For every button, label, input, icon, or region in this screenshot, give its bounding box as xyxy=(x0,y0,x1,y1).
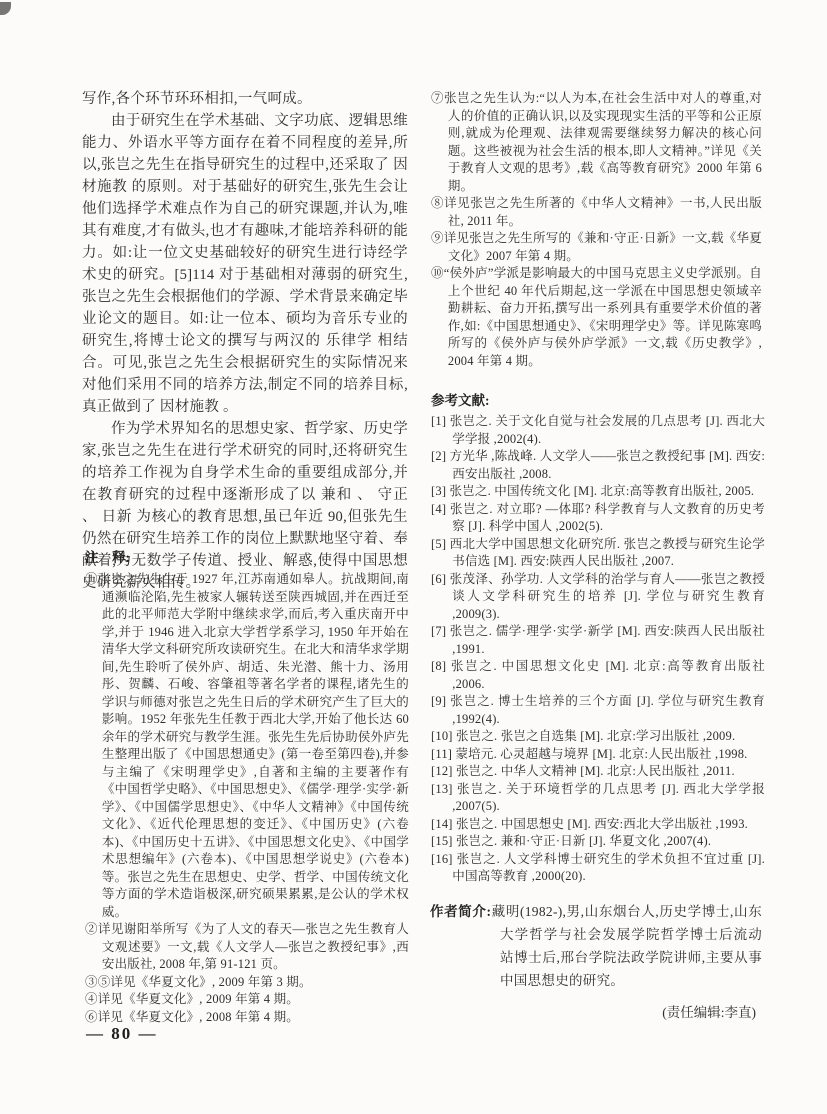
reference-item: [11] 蒙培元. 心灵超越与境界 [M]. 北京:人民出版社 ,1998. xyxy=(431,746,765,764)
scan-edge-artifact xyxy=(0,2,11,15)
scanned-page: 写作,各个环节环环相扣,一气呵成。 由于研究生在学术基础、文字功底、逻辑思维能力… xyxy=(0,0,827,1114)
reference-item: [3] 张岂之. 中国传统文化 [M]. 北京:高等教育出版社, 2005. xyxy=(431,483,765,501)
reference-item: [9] 张岂之. 博士生培养的三个方面 [J]. 学位与研究生教育 ,1992(… xyxy=(431,693,765,728)
reference-item: [16] 张岂之. 人文学科博士研究生的学术负担不宜过重 [J]. 中国高等教育… xyxy=(431,851,765,886)
reference-item: [1] 张岂之. 关于文化自觉与社会发展的几点思考 [J]. 西北大学学报 ,2… xyxy=(431,413,765,448)
notes-heading: 注 释: xyxy=(85,546,409,566)
note-item: ③⑤详见《华夏文化》, 2009 年第 3 期。 xyxy=(85,974,409,992)
references-heading: 参考文献: xyxy=(431,389,765,409)
reference-item: [14] 张岂之. 中国思想史 [M]. 西安:西北大学出版社 ,1993. xyxy=(431,816,765,834)
references-section: 参考文献: [1] 张岂之. 关于文化自觉与社会发展的几点思考 [J]. 西北大… xyxy=(431,389,765,886)
references-list: [1] 张岂之. 关于文化自觉与社会发展的几点思考 [J]. 西北大学学报 ,2… xyxy=(431,413,765,886)
body-text-column: 写作,各个环节环环相扣,一气呵成。 由于研究生在学术基础、文字功底、逻辑思维能力… xyxy=(82,88,408,594)
note-item: ⑦张岂之先生认为:“以人为本,在社会生活中对人的尊重,对人的价值的正确认识,以及… xyxy=(431,90,762,195)
author-bio-label: 作者简介: xyxy=(430,904,491,919)
note-item: ⑧详见张岂之先生所著的《中华人文精神》一书,人民出版社, 2011 年。 xyxy=(431,195,762,230)
reference-item: [12] 张岂之. 中华人文精神 [M]. 北京:人民出版社 ,2011. xyxy=(431,763,765,781)
note-item: ⑩“侯外庐”学派是影响最大的中国马克思主义史学派别。自上个世纪 40 年代后期起… xyxy=(431,265,762,370)
reference-item: [7] 张岂之. 儒学·理学·实学·新学 [M]. 西安:陕西人民出版社 ,19… xyxy=(431,623,765,658)
reference-item: [15] 张岂之. 兼和·守正·日新 [J]. 华夏文化 ,2007(4). xyxy=(431,833,765,851)
author-bio-section: 作者简介:藏明(1982-),男,山东烟台人,历史学博士,山东大学哲学与社会发展… xyxy=(430,900,762,1021)
note-item: ②详见谢阳举所写《为了人文的春天—张岂之先生教育人文观述要》一文,载《人文学人—… xyxy=(85,921,409,974)
author-bio-text: 藏明(1982-),男,山东烟台人,历史学博士,山东大学哲学与社会发展学院哲学博… xyxy=(491,904,762,988)
reference-item: [8] 张岂之. 中国思想文化史 [M]. 北京:高等教育出版社 ,2006. xyxy=(431,658,765,693)
editor-note: (责任编辑:李直) xyxy=(430,1001,756,1021)
body-paragraph: 由于研究生在学术基础、文字功底、逻辑思维能力、外语水平等方面存在着不同程度的差异… xyxy=(82,110,408,418)
notes-section: 注 释: ①张岂之先生生于 1927 年,江苏南通如皋人。抗战期间,南通濒临沦陷… xyxy=(85,546,409,1026)
notes-list-right: ⑦张岂之先生认为:“以人为本,在社会生活中对人的尊重,对人的价值的正确认识,以及… xyxy=(431,90,762,370)
reference-item: [5] 西北大学中国思想文化研究所. 张岂之教授与研究生论学书信选 [M]. 西… xyxy=(431,536,765,571)
notes-list-left: ①张岂之先生生于 1927 年,江苏南通如皋人。抗战期间,南通濒临沦陷,先生被家… xyxy=(85,571,409,1026)
body-paragraph: 写作,各个环节环环相扣,一气呵成。 xyxy=(82,88,408,110)
author-bio: 作者简介:藏明(1982-),男,山东烟台人,历史学博士,山东大学哲学与社会发展… xyxy=(430,900,762,992)
page-number: — 80 — xyxy=(86,1024,158,1044)
reference-item: [6] 张茂泽、孙学功. 人文学科的治学与育人——张岂之教授谈人文学科研究生的培… xyxy=(431,571,765,624)
note-item: ④详见《华夏文化》, 2009 年第 4 期。 xyxy=(85,991,409,1009)
reference-item: [2] 方光华 ,陈战峰. 人文学人——张岂之教授纪事 [M]. 西安:西安出版… xyxy=(431,448,765,483)
reference-item: [4] 张岂之. 对立耶? —体耶? 科学教育与人文教育的历史考察 [J]. 科… xyxy=(431,501,765,536)
reference-item: [10] 张岂之. 张岂之自选集 [M]. 北京:学习出版社 ,2009. xyxy=(431,728,765,746)
note-item: ⑨详见张岂之先生所写的《兼和·守正·日新》一文,载《华夏文化》2007 年第 4… xyxy=(431,230,762,265)
note-item: ①张岂之先生生于 1927 年,江苏南通如皋人。抗战期间,南通濒临沦陷,先生被家… xyxy=(85,571,409,921)
reference-item: [13] 张岂之. 关于环境哲学的几点思考 [J]. 西北大学学报 ,2007(… xyxy=(431,781,765,816)
